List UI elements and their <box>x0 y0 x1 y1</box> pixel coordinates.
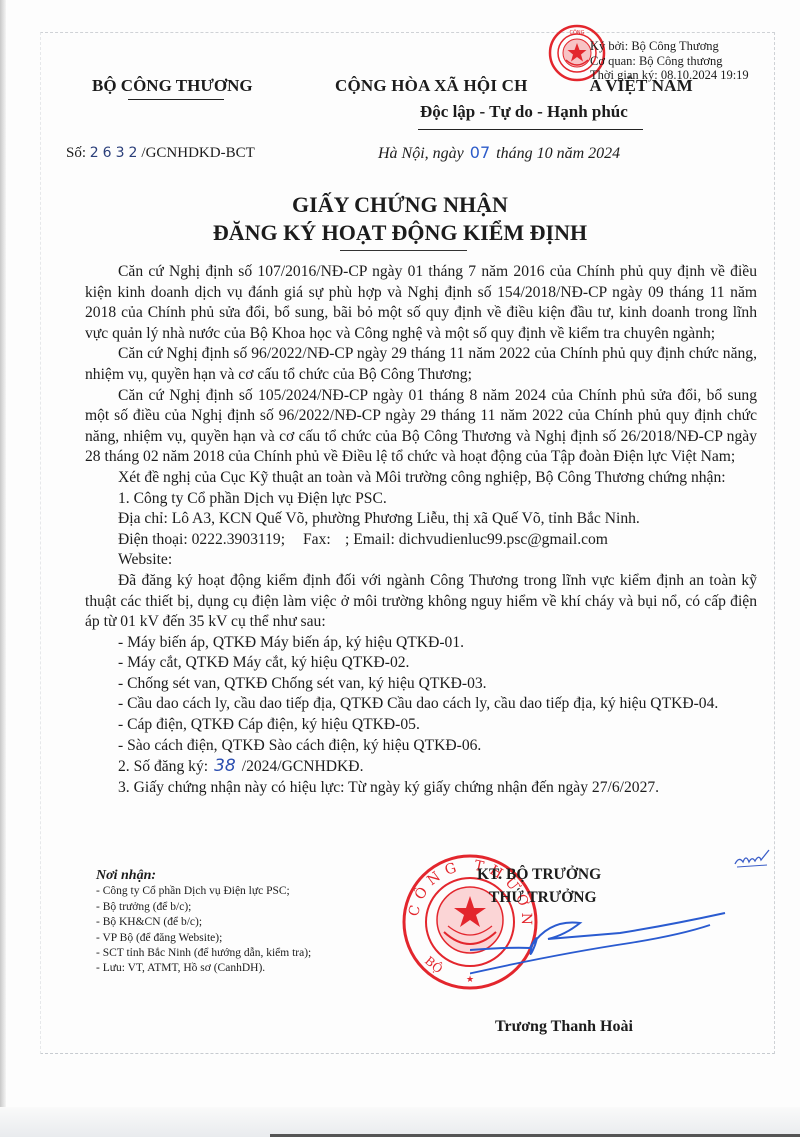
digital-signature-info: Ký bởi: Bộ Công Thương Cơ quan: Bộ Công … <box>590 39 749 83</box>
doc-number-handwritten: 2632 <box>90 145 142 161</box>
recipient-item: - Bộ trưởng (để b/c); <box>96 900 311 915</box>
signing-authority: KT. BỘ TRƯỞNG <box>477 866 601 884</box>
company-name: 1. Công ty Cổ phần Dịch vụ Điện lực PSC. <box>85 489 757 510</box>
signed-by: Ký bởi: Bộ Công Thương <box>590 39 749 54</box>
recipients-list: Nơi nhận: - Công ty Cổ phần Dịch vụ Điện… <box>96 868 311 977</box>
scope-item: - Máy biến áp, QTKĐ Máy biến áp, ký hiệu… <box>85 633 757 654</box>
signing-agency: Cơ quan: Bộ Công thương <box>590 54 749 69</box>
place-date: Hà Nội, ngày07tháng 10 năm 2024 <box>378 143 620 163</box>
motto-underline <box>418 129 643 130</box>
scan-bottom-shadow <box>0 1107 800 1137</box>
scan-edge-shadow <box>0 0 6 1137</box>
company-contact: Điện thoại: 0222.3903119; Fax: ; Email: … <box>85 530 757 551</box>
recipient-item: - Công ty Cổ phần Dịch vụ Điện lực PSC; <box>96 884 311 899</box>
validity-period: 3. Giấy chứng nhận này có hiệu lực: Từ n… <box>85 778 757 799</box>
recipient-item: - VP Bộ (để đăng Website); <box>96 931 311 946</box>
registration-scope: Đã đăng ký hoạt động kiểm định đối với n… <box>85 571 757 633</box>
legal-basis-2: Căn cứ Nghị định số 96/2022/NĐ-CP ngày 2… <box>85 344 757 385</box>
document-title-line2: ĐĂNG KÝ HOẠT ĐỘNG KIỂM ĐỊNH <box>0 220 800 246</box>
company-fax: Fax: <box>303 530 345 551</box>
proposal: Xét đề nghị của Cục Kỹ thuật an toàn và … <box>85 468 757 489</box>
ministry-name: BỘ CÔNG THƯƠNG <box>92 76 253 96</box>
company-address: Địa chỉ: Lô A3, KCN Quế Võ, phường Phươn… <box>85 509 757 530</box>
registration-number: 2. Số đăng ký:38/2024/GCNHDKĐ. <box>85 756 757 778</box>
document-title-line1: GIẤY CHỨNG NHẬN <box>0 192 800 218</box>
scope-item: - Cáp điện, QTKĐ Cáp điện, ký hiệu QTKĐ-… <box>85 715 757 736</box>
company-email: ; Email: dichvudienluc99.psc@gmail.com <box>345 530 608 551</box>
document-body: Căn cứ Nghị định số 107/2016/NĐ-CP ngày … <box>85 262 757 798</box>
scope-item: - Chống sét van, QTKĐ Chống sét van, ký … <box>85 674 757 695</box>
place-date-prefix: Hà Nội, ngày <box>378 145 464 162</box>
date-day-handwritten: 07 <box>470 143 490 162</box>
company-website: Website: <box>85 550 757 571</box>
reg-suffix: /2024/GCNHDKĐ. <box>242 758 364 775</box>
national-motto: Độc lập - Tự do - Hạnh phúc <box>420 102 628 122</box>
legal-basis-3: Căn cứ Nghị định số 105/2024/NĐ-CP ngày … <box>85 386 757 468</box>
reg-label: 2. Số đăng ký: <box>118 758 208 775</box>
recipient-item: - Bộ KH&CN (để b/c); <box>96 915 311 930</box>
company-phone: Điện thoại: 0222.3903119; <box>118 530 303 551</box>
legal-basis-1: Căn cứ Nghị định số 107/2016/NĐ-CP ngày … <box>85 262 757 344</box>
recipients-heading: Nơi nhận: <box>96 868 311 883</box>
reg-number-handwritten: 38 <box>214 756 236 776</box>
recipient-item: - SCT tỉnh Bắc Ninh (để hướng dẫn, kiểm … <box>96 946 311 961</box>
recipient-item: - Lưu: VT, ATMT, Hồ sơ (CanhDH). <box>96 961 311 976</box>
place-date-suffix: tháng 10 năm 2024 <box>496 145 620 162</box>
title-underline <box>340 250 467 251</box>
ministry-underline <box>128 99 224 100</box>
signer-name: Trương Thanh Hoài <box>495 1018 633 1036</box>
scope-item: - Cầu dao cách ly, cầu dao tiếp địa, QTK… <box>85 694 757 715</box>
nation-title-left: CỘNG HÒA XÃ HỘI CH <box>335 76 528 95</box>
scope-item: - Máy cắt, QTKĐ Máy cắt, ký hiệu QTKĐ-02… <box>85 653 757 674</box>
doc-number-label: Số: <box>66 145 86 161</box>
doc-number-suffix: /GCNHDKD-BCT <box>141 145 254 161</box>
scope-item: - Sào cách điện, QTKĐ Sào cách điện, ký … <box>85 736 757 757</box>
svg-text:CÔNG: CÔNG <box>569 29 584 36</box>
initials-mark-icon <box>733 846 773 870</box>
handwritten-signature-icon <box>470 905 770 985</box>
signed-time: Thời gian ký: 08.10.2024 19:19 <box>590 68 749 83</box>
document-number: Số: 2632/GCNHDKD-BCT <box>66 145 255 162</box>
